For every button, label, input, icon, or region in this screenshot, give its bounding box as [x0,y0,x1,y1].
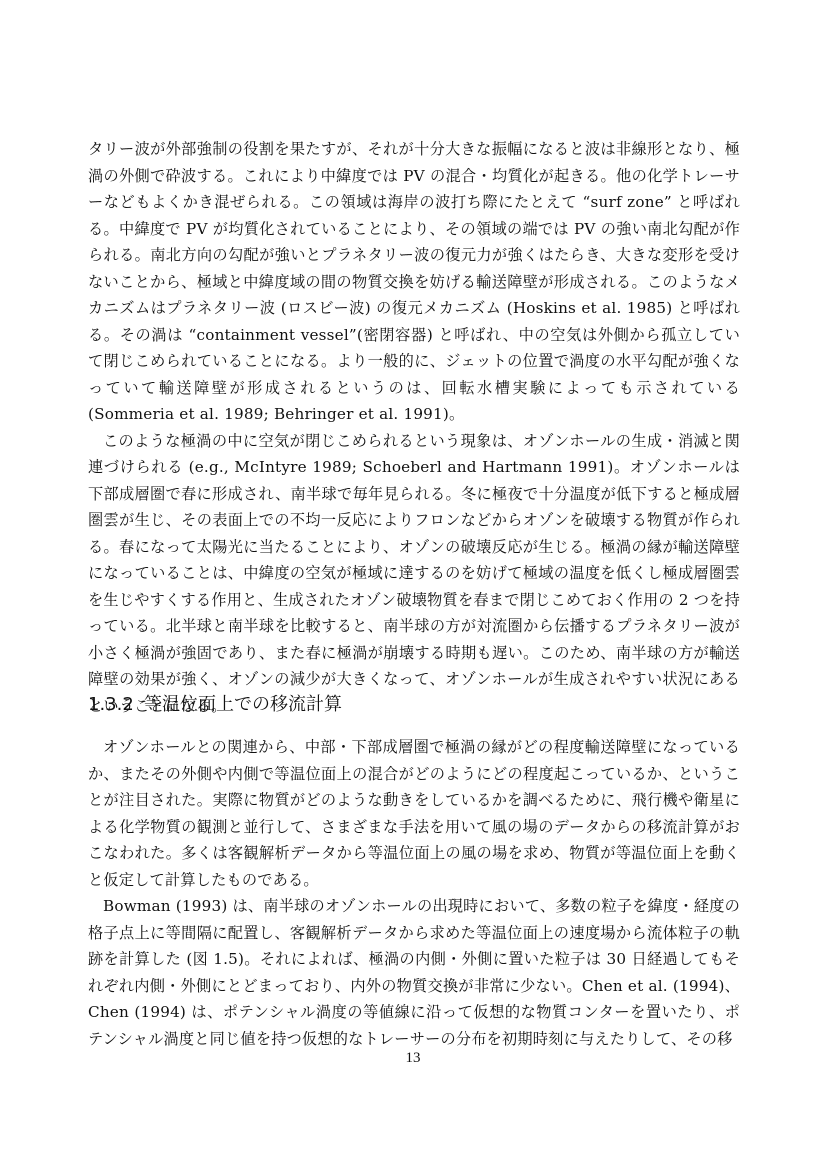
section-number: 1.3.2 [88,690,144,720]
paragraph-advection-intro: オゾンホールとの関連から、中部・下部成層圏で極渦の縁がどの程度輸送障壁になってい… [88,734,740,893]
paragraph-surf-zone: タリー波が外部強制の役割を果たすが、それが十分大きな振幅になると波は非線形となり… [88,136,740,428]
section-heading: 1.3.2等温位面上での移流計算 [88,690,342,720]
body-text-section-1: タリー波が外部強制の役割を果たすが、それが十分大きな振幅になると波は非線形となり… [88,136,740,719]
paragraph-ozone-hole: このような極渦の中に空気が閉じこめられるという現象は、オゾンホールの生成・消滅と… [88,428,740,720]
page-number: 13 [0,1050,826,1067]
section-title: 等温位面上での移流計算 [144,694,342,715]
body-text-section-2: オゾンホールとの関連から、中部・下部成層圏で極渦の縁がどの程度輸送障壁になってい… [88,734,740,1052]
paragraph-bowman: Bowman (1993) は、南半球のオゾンホールの出現時において、多数の粒子… [88,893,740,1052]
